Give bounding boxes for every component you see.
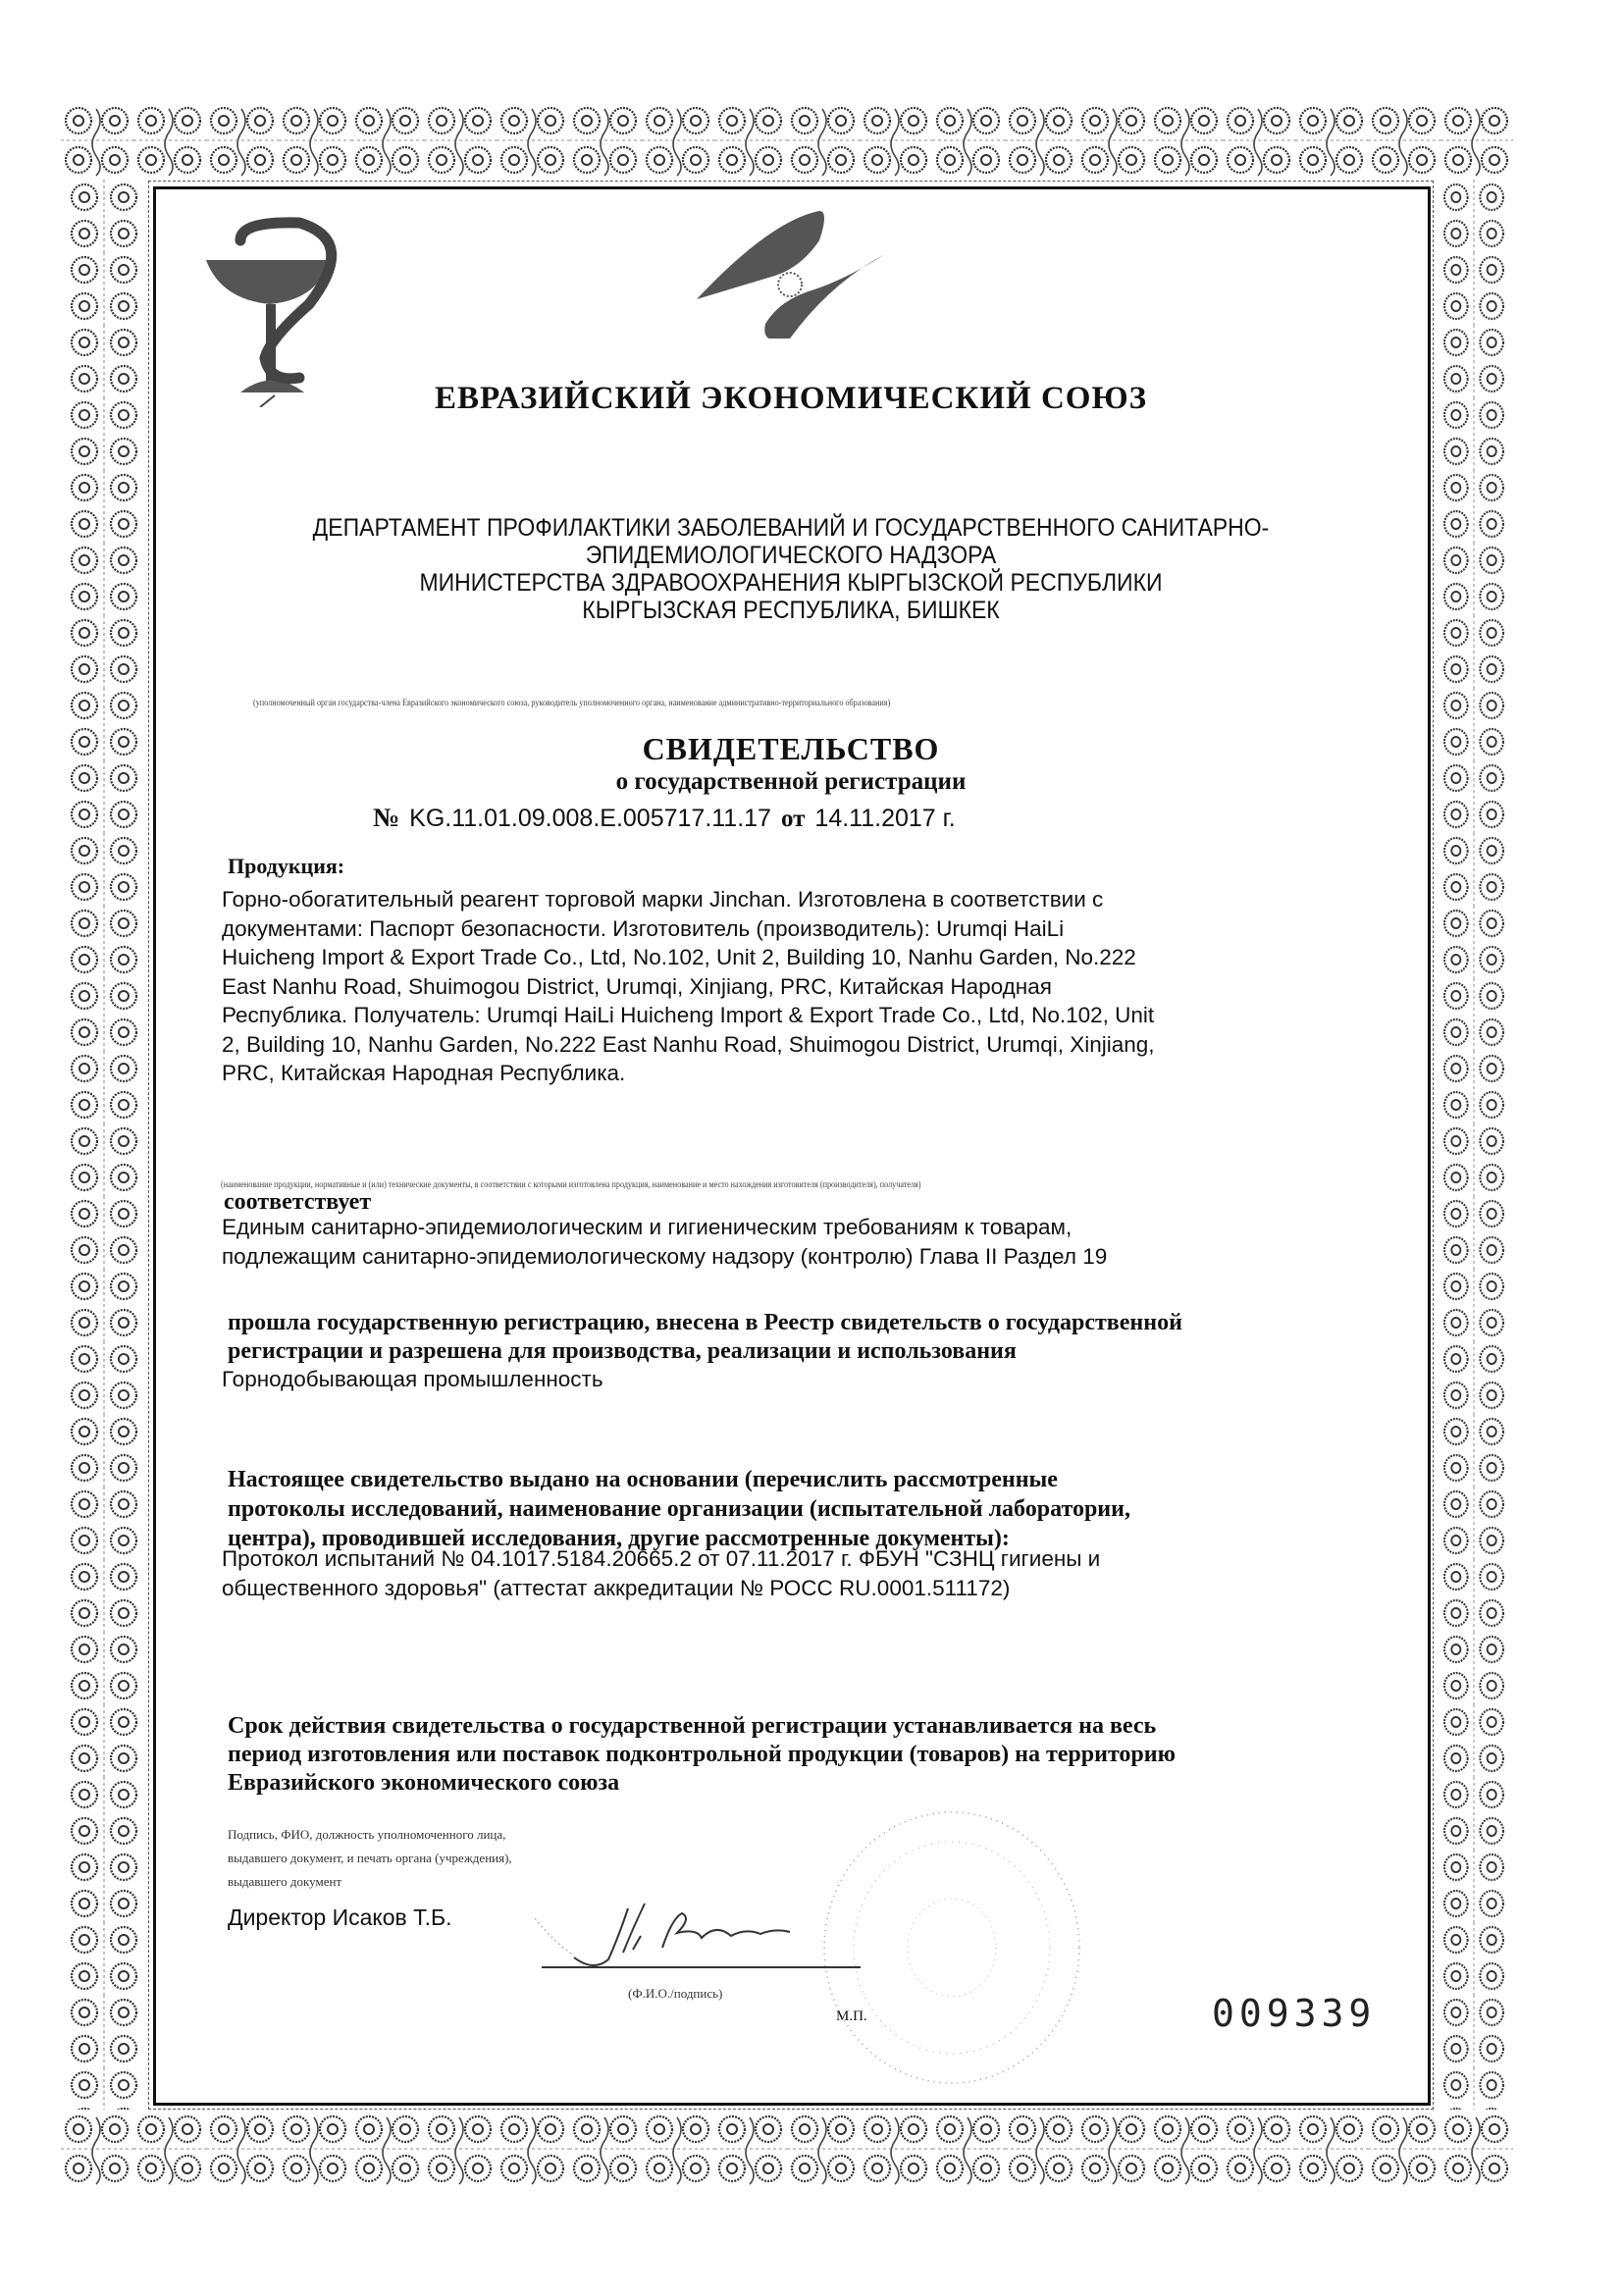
basis-document-line: Протокол испытаний № 04.1017.5184.20665.… [222,1544,1350,1574]
basis-documents: Протокол испытаний № 04.1017.5184.20665.… [222,1544,1350,1602]
ornamental-border-top [61,101,1513,180]
scroll-ornament-icon [61,2110,1513,2188]
product-line: Huicheng Import & Export Trade Co., Ltd,… [222,943,1350,972]
conformity-line: Единым санитарно-эпидемиологическим и ги… [222,1213,1350,1242]
signature-caption: Подпись, ФИО, должность уполномоченного … [228,1823,512,1894]
product-line: PRC, Китайская Народная Республика. [222,1059,1350,1088]
authority-line-2: ЭПИДЕМИОЛОГИЧЕСКОГО НАДЗОРА [204,542,1378,569]
scroll-ornament-icon [61,101,1513,180]
eaeu-emblem-icon [692,201,888,339]
validity-line: период изготовления или поставок подконт… [228,1741,1425,1769]
seal-label: М.П. [836,2009,867,2025]
registration-line: прошла государственную регистрацию, внес… [228,1309,1425,1337]
conformity-text: Единым санитарно-эпидемиологическим и ги… [222,1213,1350,1271]
bowl-of-hygieia-icon [201,211,339,407]
scroll-ornament-icon [61,180,147,2110]
scroll-ornament-icon [1435,180,1513,2110]
registration-line: регистрации и разрешена для производства… [228,1337,1425,1366]
union-title: ЕВРАЗИЙСКИЙ ЭКОНОМИЧЕСКИЙ СОЮЗ [153,381,1429,417]
basis-line: протоколы исследований, наименование орг… [228,1494,1425,1524]
product-label: Продукция: [228,854,344,879]
inner-frame [153,186,1431,2106]
product-line: Горно-обогатительный реагент торговой ма… [222,885,1350,914]
signature-line-caption: (Ф.И.О./подпись) [628,1982,722,2006]
conformity-line: подлежащим санитарно-эпидемиологическому… [222,1242,1350,1272]
basis-document-line: общественного здоровья" (аттестат аккред… [222,1574,1350,1603]
authority-caption: (уполномоченный орган государства-члена … [253,699,890,708]
product-line: 2, Building 10, Nanhu Garden, No.222 Eas… [222,1030,1350,1060]
signature-icon [535,1889,859,1972]
certificate-date: 14.11.2017 г. [814,805,955,832]
signature-caption-line: выдавшего документ, и печать органа (учр… [228,1847,512,1870]
ornamental-border-right [1435,180,1513,2110]
certificate-number-line: №KG.11.01.09.008.E.005717.11.17от14.11.2… [373,803,956,833]
validity-line: Срок действия свидетельства о государств… [228,1712,1425,1741]
signature-caption-line: выдавшего документ [228,1870,512,1894]
certificate-title: СВИДЕТЕЛЬСТВО [153,731,1429,767]
authority-line-3: МИНИСТЕРСТВА ЗДРАВООХРАНЕНИЯ КЫРГЫЗСКОЙ … [204,569,1378,597]
product-line: East Nanhu Road, Shuimogou District, Uru… [222,972,1350,1002]
registration-usage: Горнодобывающая промышленность [222,1367,603,1392]
product-description: Горно-обогатительный реагент торговой ма… [222,885,1350,1088]
authority-line-4: КЫРГЫЗСКАЯ РЕСПУБЛИКА, БИШКЕК [204,597,1378,624]
validity-text: Срок действия свидетельства о государств… [228,1712,1425,1798]
authority-line-1: ДЕПАРТАМЕНТ ПРОФИЛАКТИКИ ЗАБОЛЕВАНИЙ И Г… [204,514,1378,542]
validity-line: Евразийского экономического союза [228,1769,1425,1798]
ornamental-border-left [61,180,147,2110]
basis-line: Настоящее свидетельство выдано на основа… [228,1465,1425,1494]
product-line: Республика. Получатель: Urumqi HaiLi Hui… [222,1001,1350,1030]
product-line: документами: Паспорт безопасности. Изгот… [222,914,1350,944]
basis-text: Настоящее свидетельство выдано на основа… [228,1465,1425,1553]
signature-line [542,1966,861,1968]
conformity-label: соответствует [224,1189,371,1216]
certificate-subtitle: о государственной регистрации [153,768,1429,796]
certificate-number: KG.11.01.09.008.E.005717.11.17 [409,805,771,832]
number-sign: № [373,803,399,832]
signature-caption-line: Подпись, ФИО, должность уполномоченного … [228,1823,512,1847]
registration-text: прошла государственную регистрацию, внес… [228,1309,1425,1366]
date-prefix: от [781,806,805,832]
signatory-name: Директор Исаков Т.Б. [228,1905,452,1931]
ornamental-border-bottom [61,2110,1513,2188]
certificate-serial-number: 009339 [1212,1992,1376,2035]
